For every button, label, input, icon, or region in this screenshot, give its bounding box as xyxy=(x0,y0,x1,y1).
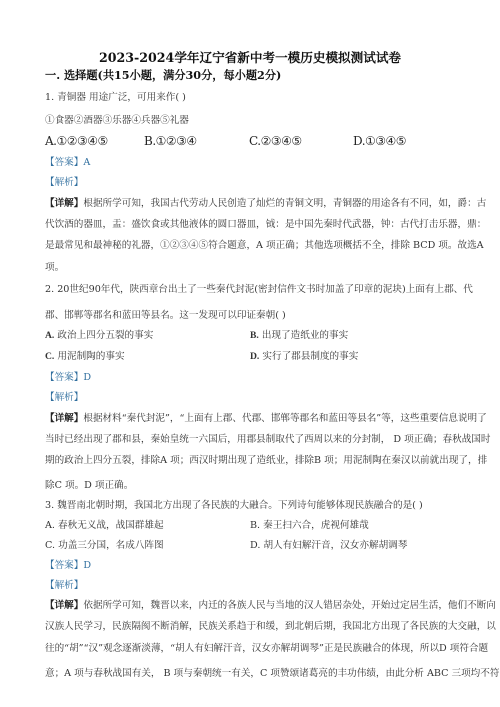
option-text: 用泥制陶的事实 xyxy=(57,351,124,362)
option-text: 功盖三分国，名成八阵图 xyxy=(58,540,164,551)
question-2-stem-line-1: 2. 20世纪90年代，陕西章台出土了一些秦代封泥(密封信件文书时加盖了印章的泥… xyxy=(45,284,473,296)
detail-text: 根据所学可知，我国古代劳动人民创造了灿烂的青铜文明，青铜器的用途各有不同，如，爵… xyxy=(83,198,486,209)
question-3-option-d: D. 胡人有妇解汗音，汉女亦解胡调琴 xyxy=(250,540,407,552)
question-2-detail-line-2: 当时已经出现了郡和县，秦始皇统一六国后，用郡县制取代了西周以来的分封制， D 项… xyxy=(45,434,491,446)
question-3-detail-line-1: 【详解】依据所学可知，魏晋以来，内迁的各族人民与当地的汉人错居杂处，开始过定居生… xyxy=(45,600,496,612)
question-1-option-d: D.①③④⑤ xyxy=(353,134,406,148)
option-letter: D. xyxy=(250,540,260,551)
question-2-option-b: B. 出现了造纸业的事实 xyxy=(250,330,348,342)
question-3-detail-line-3: 往的“胡”“汉”观念逐渐淡薄，“胡人有妇解汗音，汉女亦解胡调琴”正是民族融合的体… xyxy=(45,643,488,655)
option-letter: D. xyxy=(250,351,259,362)
section-heading: 一. 选择题(共15小题，满分30分，每小题2分) xyxy=(45,67,281,83)
option-text: 秦王扫六合，虎视何雄哉 xyxy=(263,520,369,531)
question-3-option-c: C. 功盖三分国，名成八阵图 xyxy=(45,540,164,552)
answer-value: D xyxy=(83,372,91,383)
question-3-detail-line-2: 汉族人民学习，民族隔阂不断消解，民族关系趋于和缓，到北朝后期，我国北方出现了各民… xyxy=(45,621,496,633)
question-3-detail-line-4: 意；A 项与春秋战国有关， B 项与秦朝统一有关，C 项赞颂诸葛亮的丰功伟绩，由… xyxy=(45,668,499,680)
option-text: 胡人有妇解汗音，汉女亦解胡调琴 xyxy=(263,540,407,551)
answer-label: 【答案】 xyxy=(45,157,83,168)
answer-value: A xyxy=(83,157,90,168)
answer-label: 【答案】 xyxy=(45,560,83,571)
detail-label: 【详解】 xyxy=(45,413,83,424)
question-1-option-c: C.②③④⑤ xyxy=(249,134,302,148)
question-2-detail-line-1: 【详解】根据材料“秦代封泥”，“上面有上郡、代郡、邯郸等郡名和蓝田等县名”等，这… xyxy=(45,413,487,425)
option-text: 政治上四分五裂的事实 xyxy=(57,330,153,341)
detail-label: 【详解】 xyxy=(45,600,83,611)
option-letter: B. xyxy=(250,520,260,531)
question-2-option-c: C. 用泥制陶的事实 xyxy=(45,351,125,363)
option-letter: C. xyxy=(45,540,55,551)
option-letter: B. xyxy=(250,330,259,341)
option-text: 春秋无义战，战国群雄起 xyxy=(58,520,164,531)
question-2-option-d: D. 实行了郡县制度的事实 xyxy=(250,351,358,363)
question-1-detail-line-4: 项。 xyxy=(45,262,64,274)
option-text: 实行了郡县制度的事实 xyxy=(262,351,358,362)
question-2-answer: 【答案】D xyxy=(45,372,91,384)
question-1-sub-stem: ①食器②酒器③乐器④兵器⑤礼器 xyxy=(45,115,189,127)
question-1-option-b: B.①②③④ xyxy=(144,134,197,148)
question-2-detail-line-3: 期的政治上四分五裂，排除A 项；西汉时期出现了造纸业，排除B 项；用泥制陶在秦汉… xyxy=(45,455,487,467)
analysis-label: 【解析】 xyxy=(45,580,83,591)
question-1-answer: 【答案】A xyxy=(45,157,90,169)
question-1-analysis-label: 【解析】 xyxy=(45,177,83,189)
question-1-stem: 1. 青铜器 用途广泛，可用来作( ) xyxy=(45,92,186,104)
detail-label: 【详解】 xyxy=(45,198,83,209)
detail-text: 依据所学可知，魏晋以来，内迁的各族人民与当地的汉人错居杂处，开始过定居生活，他们… xyxy=(83,600,496,611)
question-3-analysis-label: 【解析】 xyxy=(45,580,83,592)
answer-value: D xyxy=(83,560,91,571)
question-3-answer: 【答案】D xyxy=(45,560,91,572)
detail-text: 根据材料“秦代封泥”，“上面有上郡、代郡、邯郸等郡名和蓝田等县名”等，这些重要信… xyxy=(83,413,486,424)
question-2-stem-line-2: 郡、邯郸等郡名和蓝田等县名。这一发现可以印证秦朝( ) xyxy=(45,310,286,322)
option-letter: A. xyxy=(45,520,55,531)
question-2-analysis-label: 【解析】 xyxy=(45,392,83,404)
question-2-detail-line-4: 除C 项。D 项正确。 xyxy=(45,480,133,492)
answer-label: 【答案】 xyxy=(45,372,83,383)
option-text: 出现了造纸业的事实 xyxy=(262,330,348,341)
question-1-detail-line-2: 代饮酒的器皿，盂：盛饮食或其他液体的圆口器皿，钺：是中国先秦时代武器，钟：古代打… xyxy=(45,219,486,231)
exam-document-page: 2023-2024学年辽宁省新中考一模历史模拟测试试卷 一. 选择题(共15小题… xyxy=(0,0,500,707)
question-3-stem: 3. 魏晋南北朝时期，我国北方出现了各民族的大融合。下列诗句能够体现民族融合的是… xyxy=(45,500,423,512)
question-3-option-b: B. 秦王扫六合，虎视何雄哉 xyxy=(250,520,369,532)
document-title: 2023-2024学年辽宁省新中考一模历史模拟测试试卷 xyxy=(0,47,500,66)
question-1-detail-line-1: 【详解】根据所学可知，我国古代劳动人民创造了灿烂的青铜文明，青铜器的用途各有不同… xyxy=(45,198,486,210)
analysis-label: 【解析】 xyxy=(45,177,83,188)
question-1-option-a: A.①②③④⑤ xyxy=(45,134,108,148)
question-2-option-a: A. 政治上四分五裂的事实 xyxy=(45,330,153,342)
option-letter: C. xyxy=(45,351,54,362)
question-1-detail-line-3: 是最常见和最神秘的礼器，①②③④⑤符合题意，A 项正确；其他选项概括不全，排除 … xyxy=(45,240,484,252)
question-3-option-a: A. 春秋无义战，战国群雄起 xyxy=(45,520,164,532)
analysis-label: 【解析】 xyxy=(45,392,83,403)
option-letter: A. xyxy=(45,330,54,341)
